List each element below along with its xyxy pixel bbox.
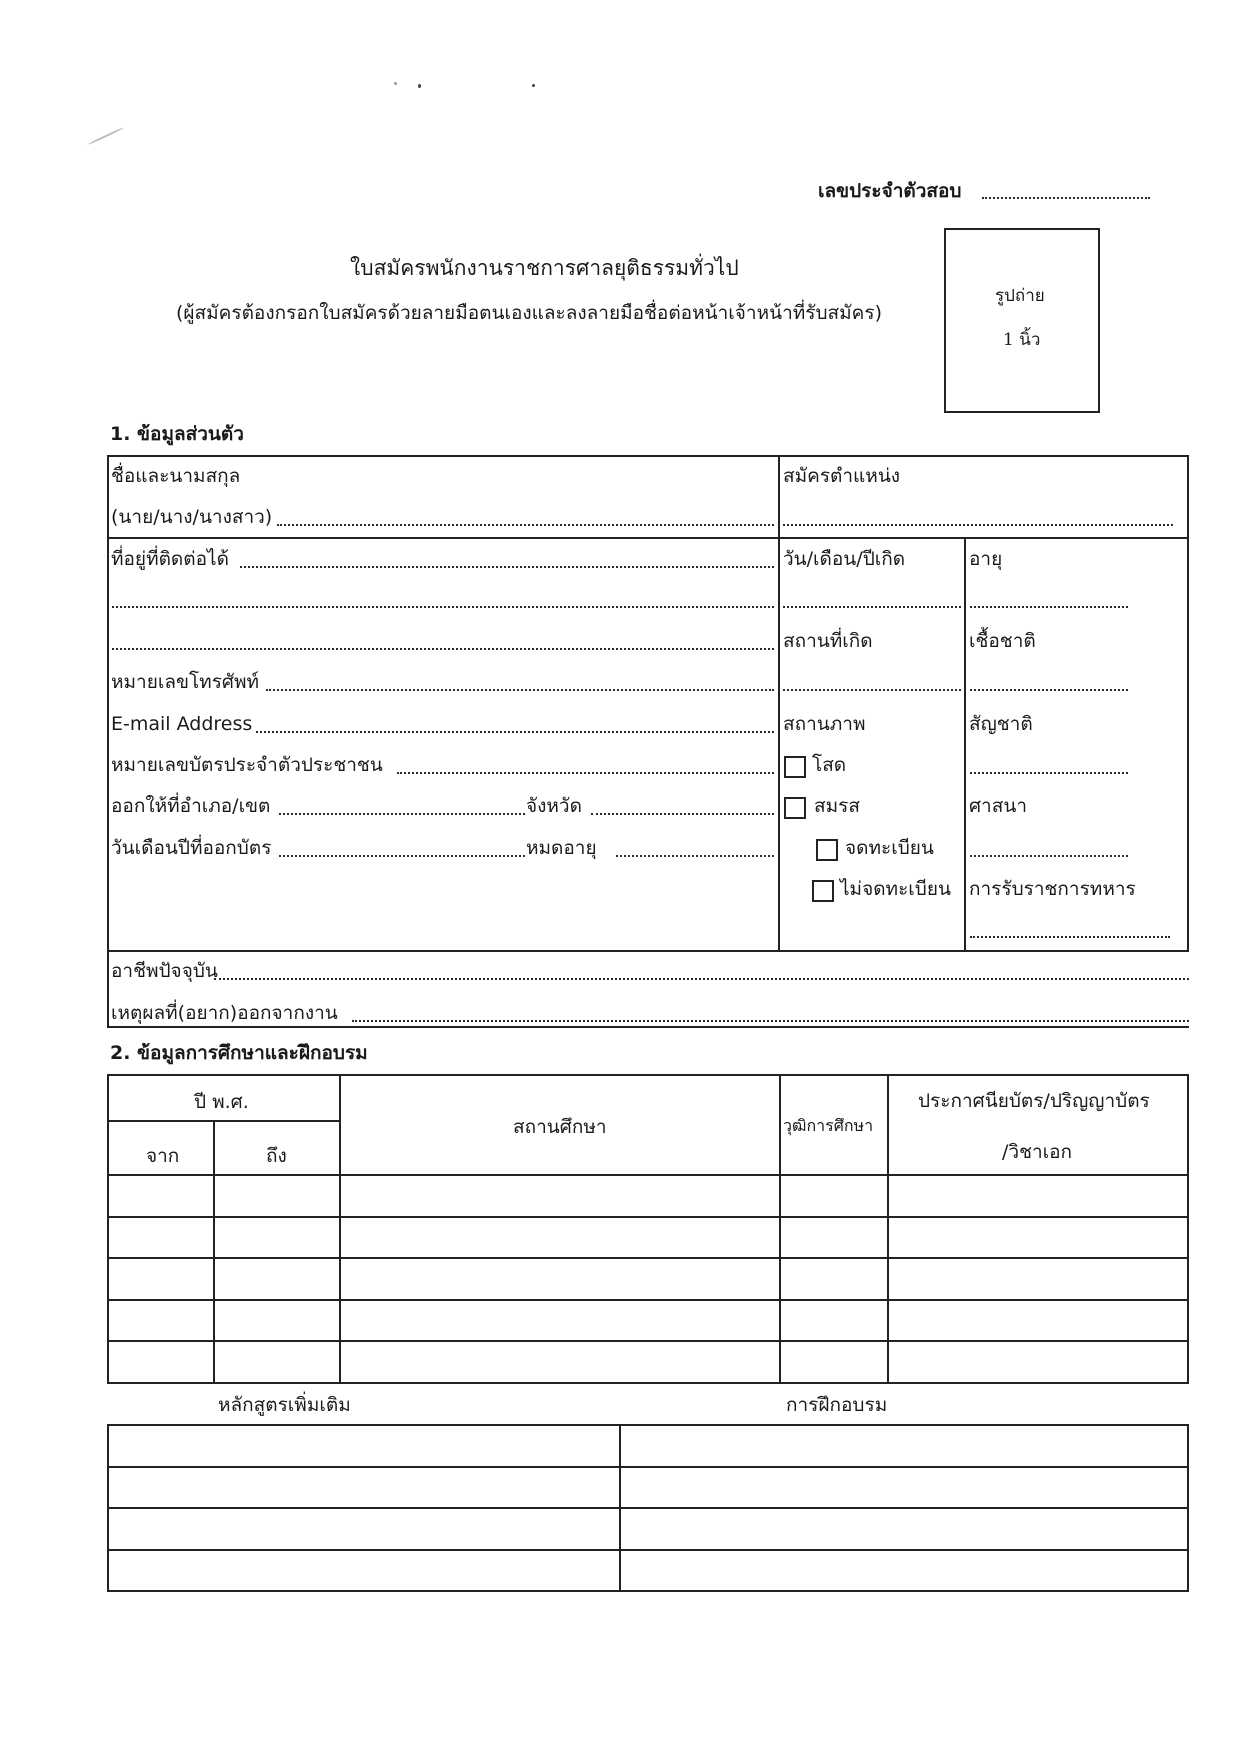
unregistered-label: ไม่จดทะเบียน — [840, 880, 951, 899]
education-cell[interactable] — [341, 1218, 779, 1258]
name-field[interactable] — [277, 524, 774, 526]
email-label: E-mail Address — [111, 715, 252, 734]
id-card-field[interactable] — [397, 772, 774, 774]
photo-box — [944, 228, 1100, 413]
education-cell[interactable] — [889, 1259, 1187, 1299]
photo-label: รูปถ่าย — [995, 288, 1045, 305]
nationality-field[interactable] — [970, 772, 1128, 774]
training-cell[interactable] — [621, 1426, 1187, 1466]
registered-label: จดทะเบียน — [845, 839, 934, 858]
institution-header: สถานศึกษา — [513, 1118, 607, 1137]
education-cell[interactable] — [341, 1301, 779, 1341]
birth-place-label: สถานที่เกิด — [783, 632, 873, 651]
education-cell[interactable] — [781, 1218, 887, 1258]
address-label: ที่อยู่ที่ติดต่อได้ — [111, 550, 229, 569]
table-border — [964, 537, 966, 952]
single-checkbox[interactable] — [784, 756, 806, 778]
phone-label: หมายเลขโทรศัพท์ — [111, 673, 259, 692]
certificate-header: ประกาศนียบัตร/ปริญญาบัตร — [918, 1092, 1150, 1111]
education-cell[interactable] — [889, 1301, 1187, 1341]
education-cell[interactable] — [781, 1342, 887, 1382]
marital-status-label: สถานภาพ — [783, 715, 865, 734]
table-border — [107, 1074, 1189, 1076]
education-cell[interactable] — [109, 1218, 213, 1258]
religion-field[interactable] — [970, 855, 1128, 857]
training-cell[interactable] — [621, 1509, 1187, 1549]
occupation-field[interactable] — [214, 978, 1189, 980]
scan-artifact — [87, 127, 124, 146]
table-border — [1187, 455, 1189, 952]
scan-artifact — [394, 82, 397, 85]
unregistered-checkbox[interactable] — [812, 880, 834, 902]
issue-date-label: วันเดือนปีที่ออกบัตร — [111, 839, 271, 858]
scan-artifact — [532, 84, 535, 87]
birth-date-label: วัน/เดือน/ปีเกิด — [783, 550, 905, 569]
position-label: สมัครตำแหน่ง — [783, 467, 900, 486]
from-header: จาก — [146, 1147, 179, 1166]
phone-field[interactable] — [266, 689, 774, 691]
section-2-heading: 2. ข้อมูลการศึกษาและฝึกอบรม — [110, 1044, 368, 1063]
extra-course-cell[interactable] — [109, 1551, 619, 1591]
military-label: การรับราชการทหาร — [969, 880, 1136, 899]
training-cell[interactable] — [621, 1468, 1187, 1508]
education-cell[interactable] — [109, 1259, 213, 1299]
address-field-2[interactable] — [112, 606, 774, 608]
military-field[interactable] — [970, 936, 1170, 938]
education-cell[interactable] — [215, 1342, 339, 1382]
section-1-heading: 1. ข้อมูลส่วนตัว — [110, 425, 244, 444]
age-field[interactable] — [970, 606, 1128, 608]
position-field[interactable] — [783, 524, 1173, 526]
province-field[interactable] — [591, 813, 774, 815]
education-cell[interactable] — [109, 1342, 213, 1382]
education-cell[interactable] — [341, 1342, 779, 1382]
education-cell[interactable] — [889, 1342, 1187, 1382]
table-border — [107, 537, 1189, 539]
single-label: โสด — [812, 756, 846, 775]
province-label: จังหวัด — [526, 797, 582, 816]
education-cell[interactable] — [889, 1218, 1187, 1258]
leave-reason-label: เหตุผลที่(อยาก)ออกจากงาน — [111, 1004, 338, 1023]
leave-reason-field[interactable] — [352, 1020, 1189, 1022]
expiry-label: หมดอายุ — [526, 839, 597, 858]
extra-course-cell[interactable] — [109, 1509, 619, 1549]
education-cell[interactable] — [781, 1259, 887, 1299]
education-cell[interactable] — [215, 1176, 339, 1216]
education-cell[interactable] — [109, 1301, 213, 1341]
email-field[interactable] — [256, 731, 774, 733]
exam-id-field[interactable] — [982, 197, 1150, 199]
education-cell[interactable] — [341, 1259, 779, 1299]
birth-place-field[interactable] — [783, 689, 961, 691]
table-border — [107, 455, 1189, 457]
table-border — [107, 950, 1189, 952]
table-border — [107, 1120, 339, 1122]
extra-course-cell[interactable] — [109, 1426, 619, 1466]
education-cell[interactable] — [109, 1176, 213, 1216]
training-header: การฝึกอบรม — [786, 1396, 887, 1415]
address-field-3[interactable] — [112, 648, 774, 650]
address-field-1[interactable] — [240, 566, 774, 568]
education-cell[interactable] — [781, 1176, 887, 1216]
training-cell[interactable] — [621, 1551, 1187, 1591]
to-header: ถึง — [266, 1147, 287, 1166]
table-border — [107, 1026, 1189, 1028]
married-label: สมรส — [814, 797, 860, 816]
ethnicity-label: เชื้อชาติ — [969, 632, 1036, 651]
expiry-field[interactable] — [616, 855, 774, 857]
education-cell[interactable] — [889, 1176, 1187, 1216]
table-border — [778, 455, 780, 952]
table-border — [107, 455, 109, 1028]
issued-district-label: ออกให้ที่อำเภอ/เขต — [111, 797, 270, 816]
qualification-header: วุฒิการศึกษา — [783, 1118, 873, 1134]
id-card-label: หมายเลขบัตรประจำตัวประชาชน — [111, 756, 383, 775]
registered-checkbox[interactable] — [816, 839, 838, 861]
photo-size-label: 1 นิ้ว — [1003, 332, 1040, 349]
extra-courses-header: หลักสูตรเพิ่มเติม — [218, 1396, 351, 1415]
year-header: ปี พ.ศ. — [194, 1093, 249, 1112]
age-label: อายุ — [969, 550, 1002, 569]
scan-artifact — [418, 84, 421, 88]
married-checkbox[interactable] — [784, 797, 806, 819]
title-prefix-label: (นาย/นาง/นางสาว) — [111, 508, 272, 527]
religion-label: ศาสนา — [969, 797, 1027, 816]
table-border — [1187, 1424, 1189, 1592]
issued-district-field[interactable] — [279, 813, 525, 815]
name-label: ชื่อและนามสกุล — [111, 467, 240, 486]
exam-id-label: เลขประจำตัวสอบ — [818, 182, 961, 201]
birth-date-field[interactable] — [783, 606, 961, 608]
extra-course-cell[interactable] — [109, 1468, 619, 1508]
form-title: ใบสมัครพนักงานราชการศาลยุติธรรมทั่วไป — [350, 258, 739, 279]
issue-date-field[interactable] — [279, 855, 525, 857]
ethnicity-field[interactable] — [970, 689, 1128, 691]
education-cell[interactable] — [215, 1301, 339, 1341]
form-subtitle: (ผู้สมัครต้องกรอกใบสมัครด้วยลายมือตนเองแ… — [176, 304, 882, 323]
nationality-label: สัญชาติ — [969, 715, 1033, 734]
education-cell[interactable] — [215, 1218, 339, 1258]
table-border — [107, 1382, 1189, 1384]
occupation-label: อาชีพปัจจุบัน — [111, 962, 218, 981]
education-cell[interactable] — [341, 1176, 779, 1216]
education-cell[interactable] — [781, 1301, 887, 1341]
education-cell[interactable] — [215, 1259, 339, 1299]
certificate-header-major: /วิชาเอก — [1002, 1143, 1072, 1162]
table-border — [1187, 1074, 1189, 1384]
